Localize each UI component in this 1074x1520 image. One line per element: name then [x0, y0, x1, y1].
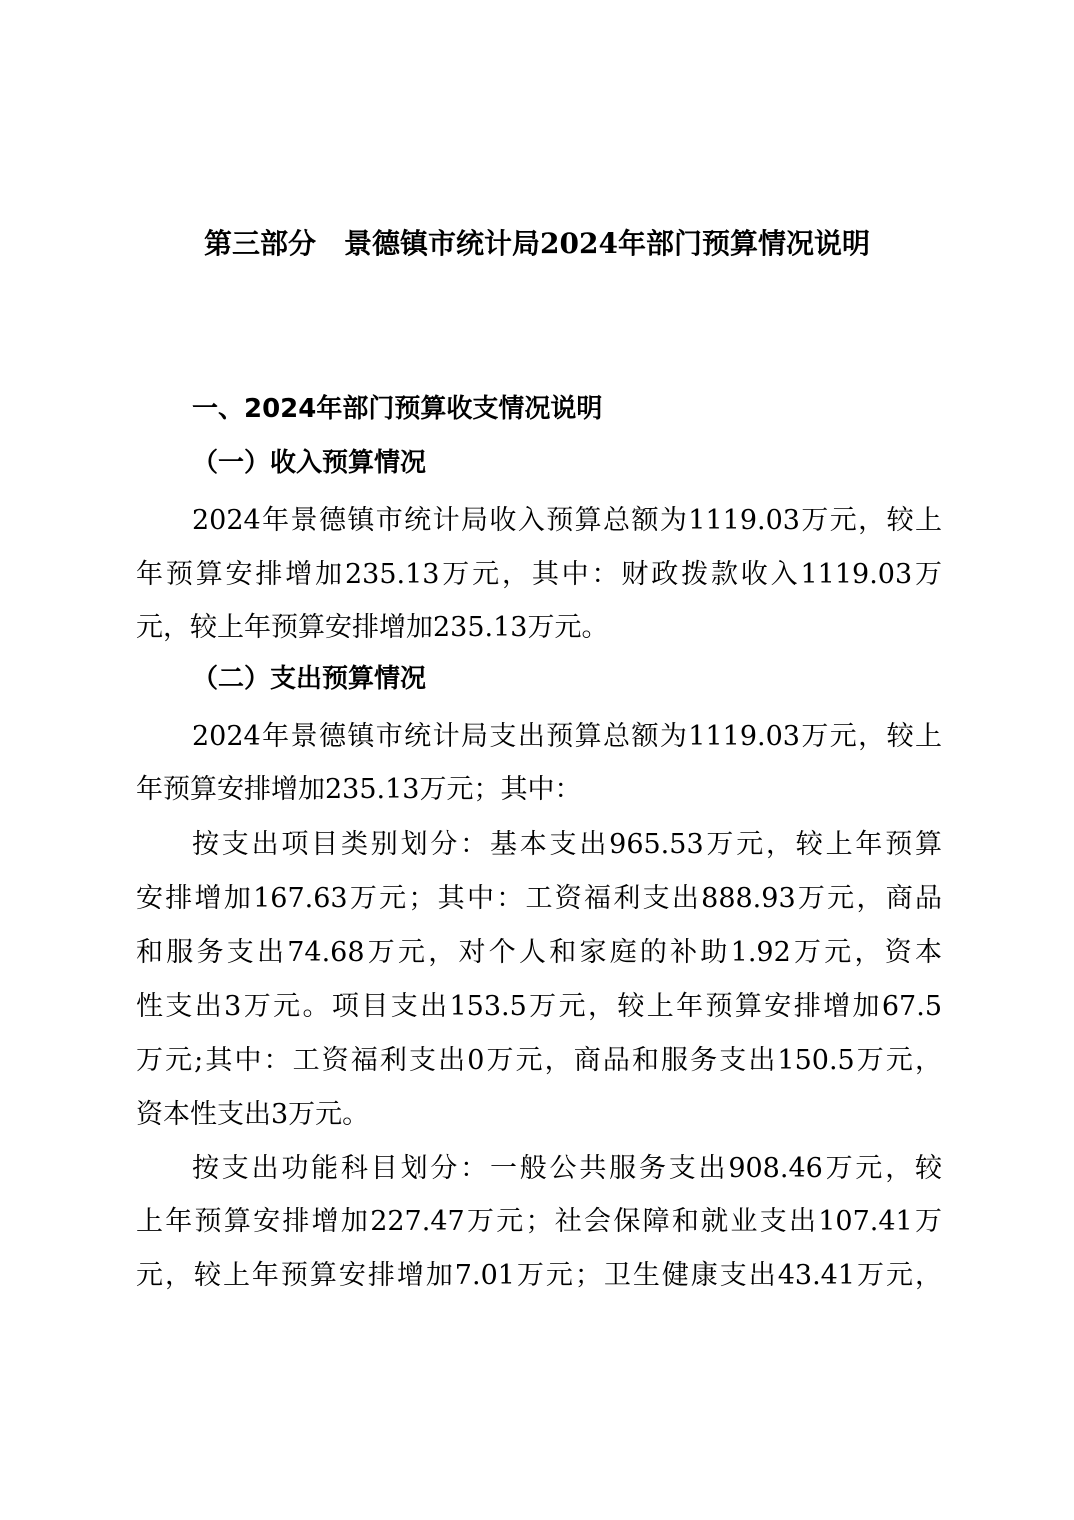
expense-category-line: 性支出3万元。项目支出153.5万元，较上年预算安排增加67.5 — [136, 984, 942, 1023]
income-paragraph-line: 年预算安排增加235.13万元，其中：财政拨款收入1119.03万 — [136, 552, 942, 591]
expense-category-line: 万元;其中：工资福利支出0万元，商品和服务支出150.5万元， — [136, 1038, 942, 1077]
expense-category-line: 和服务支出74.68万元，对个人和家庭的补助1.92万元，资本 — [136, 930, 942, 969]
expense-summary-line: 年预算安排增加235.13万元；其中： — [136, 767, 942, 806]
income-paragraph-line: 2024年景德镇市统计局收入预算总额为1119.03万元，较上 — [192, 498, 942, 537]
expense-summary-line: 2024年景德镇市统计局支出预算总额为1119.03万元，较上 — [192, 714, 942, 753]
page-title: 第三部分 景德镇市统计局2024年部门预算情况说明 — [0, 222, 1074, 262]
expense-function-line: 元，较上年预算安排增加7.01万元；卫生健康支出43.41万元， — [136, 1253, 942, 1292]
expense-category-line: 资本性支出3万元。 — [136, 1092, 942, 1131]
section-heading: 一、2024年部门预算收支情况说明 — [192, 388, 602, 425]
expense-category-line: 安排增加167.63万元；其中：工资福利支出888.93万元，商品 — [136, 876, 942, 915]
expense-subheading: （二）支出预算情况 — [192, 658, 426, 695]
income-subheading: （一）收入预算情况 — [192, 442, 426, 479]
expense-category-line: 按支出项目类别划分：基本支出965.53万元，较上年预算 — [192, 822, 942, 861]
expense-function-line: 按支出功能科目划分：一般公共服务支出908.46万元，较 — [192, 1146, 942, 1185]
income-paragraph-line: 元，较上年预算安排增加235.13万元。 — [136, 605, 942, 644]
document-page: 第三部分 景德镇市统计局2024年部门预算情况说明 一、2024年部门预算收支情… — [0, 0, 1074, 1520]
expense-function-line: 上年预算安排增加227.47万元；社会保障和就业支出107.41万 — [136, 1199, 942, 1238]
